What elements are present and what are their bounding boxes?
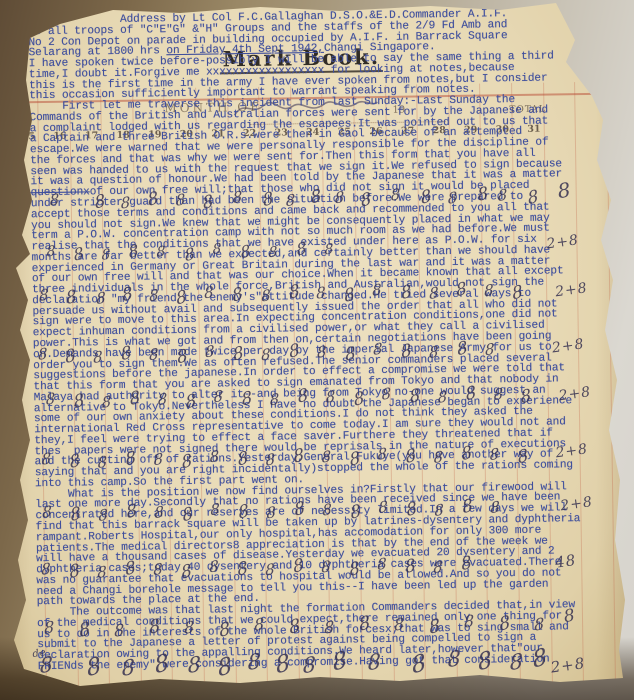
handwritten-eight: 8 [429, 344, 439, 361]
day-numbers-row: 1516171819202122232425262728293031 [0, 0, 629, 5]
handwritten-eight: 8 [240, 243, 252, 262]
handwritten-eight: 8 [433, 559, 443, 576]
handwritten-eight: 8 [498, 614, 512, 635]
page-tilt-wrapper: Mark Book. MONTH OF 19 15161718192021222… [0, 0, 634, 700]
handwritten-eight: 8 [297, 387, 310, 407]
handwritten-eight: 8 [261, 347, 271, 364]
handwritten-eight: 8 [324, 242, 333, 258]
handwritten-eight: 8 [511, 284, 524, 304]
handwritten-eight: 8 [434, 449, 444, 466]
handwritten-eight: 8 [176, 348, 189, 368]
handwritten-eight: 8 [124, 559, 137, 579]
handwritten-eight: 8 [349, 503, 362, 523]
handwritten-eight: 8 [373, 341, 383, 358]
handwritten-eight: 8 [218, 620, 232, 641]
handwritten-eight: 8 [348, 560, 361, 580]
handwritten-eight: 8 [353, 390, 366, 410]
handwritten-eight: 8 [46, 244, 55, 260]
handwritten-eight: 8 [477, 185, 490, 205]
handwritten-eight: 8 [148, 617, 162, 638]
handwritten-margin-mark: 2+8 [558, 385, 592, 403]
handwritten-eight: 8 [303, 654, 317, 677]
handwritten-eight: 8 [317, 344, 327, 361]
handwritten-margin-mark: 2+8 [550, 656, 586, 676]
handwritten-eight: 8 [476, 649, 493, 676]
handwritten-eight: 8 [322, 449, 332, 466]
handwritten-eight: 8 [233, 189, 243, 206]
handwritten-eight: 8 [96, 290, 106, 307]
handwritten-eight: 8 [205, 344, 215, 361]
handwritten-eight: 8 [326, 389, 336, 406]
handwritten-eight: 8 [349, 450, 362, 470]
handwritten-eight: 8 [216, 654, 233, 681]
handwritten-eight: 8 [210, 502, 220, 519]
handwritten-eight: 8 [147, 190, 160, 210]
handwritten-eight: 8 [265, 562, 275, 579]
handwritten-eight: 8 [331, 649, 348, 676]
handwritten-eight: 8 [185, 392, 198, 412]
handwritten-eight: 8 [121, 285, 134, 305]
handwritten-eight: 8 [266, 505, 276, 522]
handwritten-eight: 8 [324, 619, 334, 637]
markbook-form: Mark Book. MONTH OF 19 15161718192021222… [0, 0, 629, 5]
handwritten-eight: 8 [38, 346, 48, 363]
handwritten-eight: 8 [73, 392, 86, 412]
handwritten-eight: 8 [85, 654, 102, 681]
handwritten-eight: 8 [461, 497, 474, 517]
handwritten-eight: 8 [377, 556, 387, 573]
handwritten-eight: 8 [448, 648, 462, 671]
handwritten-eight: 8 [490, 447, 500, 464]
handwritten-eight: 8 [154, 452, 164, 469]
handwritten-eight: 8 [358, 614, 372, 635]
handwritten-eight: 8 [125, 449, 138, 469]
handwritten-eight: 8 [188, 654, 202, 677]
handwritten-eight: 8 [296, 240, 308, 259]
handwritten-eight: 8 [527, 188, 540, 208]
handwritten-eight: 8 [360, 191, 373, 211]
handwritten-eight: 8 [102, 247, 111, 263]
handwritten-eight: 8 [288, 283, 301, 303]
handwritten-margin-mark: .. [17, 686, 25, 695]
handwritten-eight: 8 [149, 288, 159, 305]
handwritten-eight: 8 [69, 505, 82, 525]
handwritten-eight: 8 [98, 454, 108, 471]
handwritten-eight: 8 [65, 288, 78, 308]
handwritten-eight: 8 [405, 447, 418, 467]
handwritten-eight: 8 [534, 616, 544, 634]
handwritten-eight: 8 [293, 447, 306, 467]
handwritten-eight: 8 [204, 285, 214, 302]
handwritten-eight: 8 [484, 283, 494, 300]
handwritten-eight: 8 [97, 564, 107, 581]
handwritten-eight: 8 [180, 562, 193, 582]
handwritten-margin-mark: de [32, 648, 48, 660]
handwritten-eight: 8 [344, 345, 357, 365]
handwritten-eight: 8 [78, 620, 92, 641]
handwritten-eight: 8 [237, 503, 250, 523]
handwritten-eight: 8 [498, 187, 508, 204]
document-paper: Mark Book. MONTH OF 19 15161718192021222… [0, 0, 634, 700]
handwritten-margin-mark: 8 [563, 608, 577, 626]
handwritten-eight: 8 [73, 245, 85, 264]
handwritten-margin-mark: 8 [556, 179, 572, 201]
handwritten-eight: 8 [214, 389, 224, 406]
handwritten-eight: 8 [98, 507, 108, 524]
handwritten-eight: 8 [149, 347, 159, 364]
handwritten-margin-mark: 2+8 [551, 337, 585, 355]
handwritten-eight: 8 [266, 452, 276, 469]
handwritten-eight: 8 [400, 283, 413, 303]
handwritten-eight: 8 [510, 651, 524, 674]
handwritten-margin-mark: 2+8 [560, 495, 594, 513]
handwritten-eight: 8 [68, 562, 81, 582]
handwritten-eight: 8 [310, 188, 323, 208]
handwritten-eight: 8 [46, 391, 56, 408]
handwritten-eight: 8 [286, 193, 296, 210]
handwritten-eight: 8 [292, 557, 305, 577]
handwritten-eight: 8 [404, 557, 417, 577]
handwritten-eight: 8 [391, 187, 401, 204]
handwritten-eight: 8 [184, 245, 196, 264]
handwritten-eight: 8 [394, 616, 404, 634]
column-rules [0, 0, 629, 5]
handwritten-eight: 8 [490, 500, 500, 517]
handwritten-eight: 8 [517, 447, 530, 467]
handwritten-eight: 8 [288, 342, 301, 362]
handwritten-eight: 8 [321, 559, 331, 576]
handwritten-eight: 8 [181, 505, 194, 525]
handwritten-eight: 8 [93, 349, 103, 366]
handwritten-eight: 8 [429, 285, 439, 302]
handwritten-margin-mark: 2+8 [555, 442, 589, 460]
handwritten-eight: 8 [531, 646, 548, 673]
handwritten-eight: 8 [156, 245, 165, 261]
handwritten-eight: 8 [210, 449, 220, 466]
handwritten-eight: 8 [464, 613, 474, 631]
handwritten-eight: 8 [44, 619, 54, 637]
handwritten-margin-mark: 2+8 [546, 233, 580, 251]
handwritten-eight: 8 [261, 288, 271, 305]
handwritten-eight: 8 [382, 386, 392, 403]
handwritten-eight: 8 [485, 342, 495, 359]
handwritten-eight: 8 [262, 190, 275, 210]
handwritten-eight: 8 [335, 190, 345, 207]
handwritten-eight: 8 [405, 500, 418, 520]
handwritten-eight: 8 [288, 617, 302, 638]
handwritten-eight: 8 [64, 347, 77, 367]
handwritten-eight: 8 [378, 499, 388, 516]
handwritten-eight: 8 [460, 554, 473, 574]
handwritten-eight: 8 [410, 652, 427, 679]
handwritten-eight: 8 [372, 282, 382, 299]
handwritten-eight: 8 [120, 344, 133, 364]
handwritten-eight: 8 [428, 617, 442, 638]
handwritten-eight: 8 [274, 652, 291, 679]
handwritten-eight: 8 [455, 280, 468, 300]
handwritten-margin-mark: 2+8 [554, 281, 588, 299]
handwritten-eight: 8 [270, 392, 280, 409]
handwritten-eight: 8 [114, 622, 124, 640]
handwritten-eight: 8 [39, 287, 49, 304]
handwritten-eight: 8 [42, 451, 52, 468]
handwritten-eight: 8 [158, 391, 168, 408]
handwritten-eight: 8 [175, 289, 188, 309]
handwritten-eight: 8 [368, 651, 382, 674]
handwritten-eight: 8 [121, 195, 131, 212]
handwritten-eight: 8 [202, 193, 215, 213]
handwritten-eight: 8 [231, 286, 244, 306]
handwritten-eight: 8 [241, 390, 254, 410]
handwritten-eight: 8 [494, 387, 504, 404]
handwritten-eight: 8 [236, 560, 249, 580]
handwritten-eight: 8 [50, 192, 60, 209]
handwritten-eight: 8 [438, 389, 448, 406]
handwritten-eight: 8 [400, 342, 413, 362]
handwritten-eight: 8 [420, 188, 433, 208]
handwritten-eight: 8 [343, 286, 356, 306]
handwritten-eight: 8 [456, 339, 469, 359]
handwritten-eight: 8 [322, 502, 332, 519]
handwritten-eight: 8 [254, 616, 264, 634]
handwritten-eight: 8 [378, 446, 388, 463]
handwritten-eight: 8 [293, 500, 306, 520]
handwritten-eight: 8 [465, 384, 478, 404]
handwritten-eight: 8 [448, 190, 458, 207]
handwritten-eight: 8 [42, 504, 52, 521]
handwritten-eight: 8 [69, 452, 82, 472]
handwritten-eight: 8 [184, 619, 194, 637]
handwritten-eight: 8 [125, 502, 138, 522]
handwritten-eight: 8 [209, 559, 219, 576]
handwritten-marks-layer: 8888888888888888888888888888888888888888… [0, 0, 629, 5]
handwritten-eight: 8 [128, 242, 140, 261]
handwritten-eight: 8 [520, 387, 533, 407]
handwritten-eight: 8 [316, 285, 326, 302]
handwritten-eight: 8 [237, 450, 250, 470]
handwritten-eight: 8 [248, 651, 262, 674]
handwritten-eight: 8 [153, 651, 170, 678]
handwritten-eight: 8 [153, 562, 163, 579]
handwritten-eight: 8 [181, 452, 194, 472]
handwritten-eight: 8 [409, 387, 422, 407]
handwritten-eight: 8 [176, 192, 186, 209]
handwritten-eight: 8 [41, 561, 51, 578]
handwritten-eight: 8 [102, 394, 112, 411]
handwritten-eight: 8 [232, 345, 245, 365]
handwritten-eight: 8 [212, 242, 221, 258]
handwritten-margin-mark: 48 [554, 553, 577, 571]
handwritten-eight: 8 [94, 193, 107, 213]
handwritten-eight: 8 [122, 657, 136, 680]
handwritten-eight: 8 [434, 502, 444, 519]
handwritten-eight: 8 [461, 444, 474, 464]
handwritten-eight: 8 [154, 505, 164, 522]
handwritten-eight: 8 [268, 245, 277, 261]
handwritten-eight: 8 [129, 389, 142, 409]
